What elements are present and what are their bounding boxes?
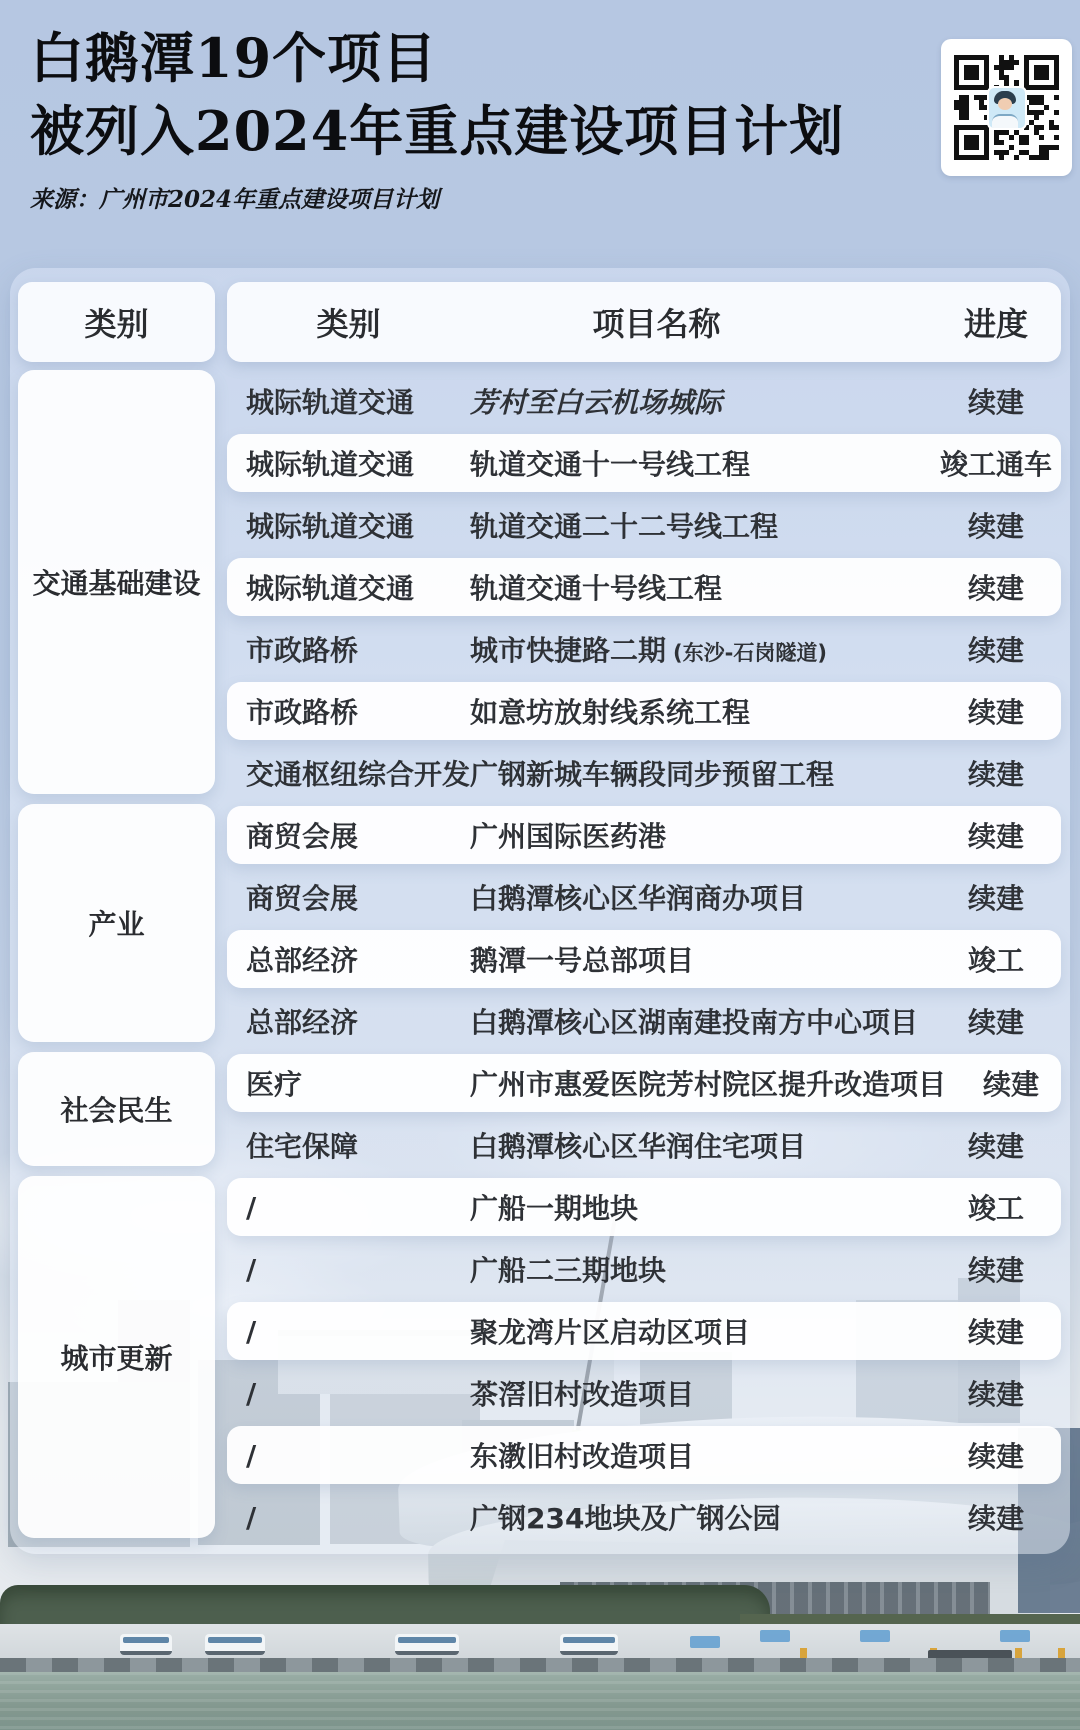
project-name: 轨道交通十号线工程 bbox=[470, 572, 722, 605]
project-name-cell: 轨道交通十一号线工程 bbox=[470, 443, 931, 483]
progress-cell: 续建 bbox=[946, 1063, 1076, 1103]
avatar-face bbox=[998, 98, 1012, 110]
project-name-cell: 白鹅潭核心区华润商办项目 bbox=[470, 877, 931, 917]
category-cell: / bbox=[227, 1315, 470, 1348]
progress-cell: 竣工 bbox=[931, 1187, 1061, 1227]
project-name-cell: 轨道交通二十二号线工程 bbox=[470, 505, 931, 545]
category-cell: 商贸会展 bbox=[227, 877, 470, 917]
progress-cell: 续建 bbox=[931, 381, 1061, 421]
project-name-cell: 城市快捷路二期(东沙-石岗隧道) bbox=[470, 629, 931, 669]
photo-river-water bbox=[0, 1672, 1080, 1730]
project-name-cell: 聚龙湾片区启动区项目 bbox=[470, 1311, 931, 1351]
table-row: /茶滘旧村改造项目续建 bbox=[227, 1362, 1061, 1424]
table-row: /广船二三期地块续建 bbox=[227, 1238, 1061, 1300]
sidebar-group-4: 城市更新 bbox=[18, 1176, 215, 1538]
poster-page: 白鹅潭19个项目 被列入2024年重点建设项目计划 来源：广州市2024年重点建… bbox=[0, 0, 1080, 1730]
sidebar-group-3: 社会民生 bbox=[18, 1052, 215, 1166]
progress-cell: 竣工 bbox=[931, 939, 1061, 979]
category-cell: 城际轨道交通 bbox=[227, 567, 470, 607]
category-cell: 总部经济 bbox=[227, 939, 470, 979]
category-cell: / bbox=[227, 1191, 470, 1224]
progress-cell: 续建 bbox=[931, 1249, 1061, 1289]
project-name: 广州国际医药港 bbox=[470, 820, 666, 853]
qr-code bbox=[941, 39, 1072, 176]
table-row: /广船一期地块竣工 bbox=[227, 1176, 1061, 1238]
progress-cell: 续建 bbox=[931, 691, 1061, 731]
project-name-cell: 芳村至白云机场城际 bbox=[470, 381, 931, 421]
project-name: 广州市惠爱医院芳村院区提升改造项目 bbox=[470, 1068, 946, 1101]
source-caption: 来源：广州市2024年重点建设项目计划 bbox=[30, 181, 439, 214]
projects-table: 类别 交通基础建设产业社会民生城市更新 类别 项目名称 进度 城际轨道交通芳村至… bbox=[10, 268, 1070, 1554]
project-name: 白鹅潭核心区湖南建投南方中心项目 bbox=[470, 1006, 918, 1039]
project-name: 广船二三期地块 bbox=[470, 1254, 666, 1287]
table-main: 类别 项目名称 进度 城际轨道交通芳村至白云机场城际续建城际轨道交通轨道交通十一… bbox=[227, 282, 1061, 1554]
project-name: 轨道交通二十二号线工程 bbox=[470, 510, 778, 543]
project-name: 东漖旧村改造项目 bbox=[470, 1440, 694, 1473]
category-cell: 医疗 bbox=[227, 1063, 470, 1103]
qr-center-avatar bbox=[987, 86, 1027, 130]
table-row: 总部经济鹅潭一号总部项目竣工 bbox=[227, 928, 1061, 990]
progress-cell: 续建 bbox=[931, 1497, 1061, 1537]
project-name-cell: 白鹅潭核心区湖南建投南方中心项目 bbox=[470, 1001, 931, 1041]
project-name-cell: 广州国际医药港 bbox=[470, 815, 931, 855]
category-cell: 城际轨道交通 bbox=[227, 381, 470, 421]
photo-banner bbox=[760, 1630, 790, 1642]
category-cell: 城际轨道交通 bbox=[227, 505, 470, 545]
progress-cell: 续建 bbox=[931, 505, 1061, 545]
category-cell: 市政路桥 bbox=[227, 629, 470, 669]
table-row: 商贸会展广州国际医药港续建 bbox=[227, 804, 1061, 866]
column-header-category: 类别 bbox=[227, 299, 470, 345]
category-cell: / bbox=[227, 1501, 470, 1534]
title-line-1: 白鹅潭19个项目 bbox=[30, 22, 844, 95]
progress-cell: 续建 bbox=[931, 877, 1061, 917]
table-row: 城际轨道交通轨道交通十号线工程续建 bbox=[227, 556, 1061, 618]
sidebar-group-1: 交通基础建设 bbox=[18, 370, 215, 794]
progress-cell: 续建 bbox=[931, 1435, 1061, 1475]
table-row: 商贸会展白鹅潭核心区华润商办项目续建 bbox=[227, 866, 1061, 928]
category-cell: 总部经济 bbox=[227, 1001, 470, 1041]
project-name-cell: 轨道交通十号线工程 bbox=[470, 567, 931, 607]
table-row: /聚龙湾片区启动区项目续建 bbox=[227, 1300, 1061, 1362]
project-name: 城市快捷路二期 bbox=[470, 634, 666, 667]
category-cell: 商贸会展 bbox=[227, 815, 470, 855]
project-name: 广钢234地块及广钢公园 bbox=[470, 1502, 780, 1535]
table-row: /东漖旧村改造项目续建 bbox=[227, 1424, 1061, 1486]
project-name: 轨道交通十一号线工程 bbox=[470, 448, 750, 481]
project-name: 广钢新城车辆段同步预留工程 bbox=[470, 758, 834, 791]
project-name-cell: 鹅潭一号总部项目 bbox=[470, 939, 931, 979]
photo-banner bbox=[1000, 1630, 1030, 1642]
table-row: 市政路桥如意坊放射线系统工程续建 bbox=[227, 680, 1061, 742]
table-row: /广钢234地块及广钢公园续建 bbox=[227, 1486, 1061, 1548]
table-header-row: 类别 项目名称 进度 bbox=[227, 282, 1061, 362]
progress-cell: 续建 bbox=[931, 753, 1061, 793]
progress-cell: 竣工通车 bbox=[931, 443, 1061, 483]
photo-bus bbox=[120, 1634, 172, 1655]
category-cell: 住宅保障 bbox=[227, 1125, 470, 1165]
category-cell: / bbox=[227, 1253, 470, 1286]
category-cell: 交通枢纽综合开发 bbox=[227, 753, 470, 793]
project-name-cell: 广钢234地块及广钢公园 bbox=[470, 1497, 931, 1537]
photo-bus bbox=[395, 1634, 459, 1655]
table-row: 交通枢纽综合开发广钢新城车辆段同步预留工程续建 bbox=[227, 742, 1061, 804]
table-row: 市政路桥城市快捷路二期(东沙-石岗隧道)续建 bbox=[227, 618, 1061, 680]
project-name: 白鹅潭核心区华润商办项目 bbox=[470, 882, 806, 915]
table-row: 医疗广州市惠爱医院芳村院区提升改造项目续建 bbox=[227, 1052, 1061, 1114]
project-name: 广船一期地块 bbox=[470, 1192, 638, 1225]
page-title: 白鹅潭19个项目 被列入2024年重点建设项目计划 bbox=[30, 22, 844, 168]
table-rows: 城际轨道交通芳村至白云机场城际续建城际轨道交通轨道交通十一号线工程竣工通车城际轨… bbox=[227, 370, 1061, 1548]
progress-cell: 续建 bbox=[931, 1125, 1061, 1165]
project-name-cell: 广州市惠爱医院芳村院区提升改造项目 bbox=[470, 1063, 946, 1103]
sidebar-group-2: 产业 bbox=[18, 804, 215, 1042]
project-name: 白鹅潭核心区华润住宅项目 bbox=[470, 1130, 806, 1163]
project-name-note: (东沙-石岗隧道) bbox=[673, 641, 827, 665]
project-name-cell: 广钢新城车辆段同步预留工程 bbox=[470, 753, 931, 793]
photo-banner bbox=[690, 1636, 720, 1648]
table-row: 城际轨道交通芳村至白云机场城际续建 bbox=[227, 370, 1061, 432]
project-name-cell: 白鹅潭核心区华润住宅项目 bbox=[470, 1125, 931, 1165]
photo-banner bbox=[860, 1630, 890, 1642]
category-sidebar: 类别 交通基础建设产业社会民生城市更新 bbox=[18, 282, 215, 1554]
progress-cell: 续建 bbox=[931, 629, 1061, 669]
category-cell: 市政路桥 bbox=[227, 691, 470, 731]
column-header-progress: 进度 bbox=[931, 299, 1061, 345]
avatar-body bbox=[992, 114, 1018, 130]
project-name: 聚龙湾片区启动区项目 bbox=[470, 1316, 750, 1349]
progress-cell: 续建 bbox=[931, 1001, 1061, 1041]
progress-cell: 续建 bbox=[931, 1373, 1061, 1413]
table-row: 城际轨道交通轨道交通二十二号线工程续建 bbox=[227, 494, 1061, 556]
progress-cell: 续建 bbox=[931, 567, 1061, 607]
table-row: 总部经济白鹅潭核心区湖南建投南方中心项目续建 bbox=[227, 990, 1061, 1052]
project-name: 鹅潭一号总部项目 bbox=[470, 944, 694, 977]
photo-bus bbox=[560, 1634, 618, 1655]
project-name-cell: 东漖旧村改造项目 bbox=[470, 1435, 931, 1475]
progress-cell: 续建 bbox=[931, 815, 1061, 855]
sidebar-header: 类别 bbox=[18, 282, 215, 362]
sidebar-groups: 交通基础建设产业社会民生城市更新 bbox=[18, 370, 215, 1548]
project-name: 如意坊放射线系统工程 bbox=[470, 696, 750, 729]
category-cell: / bbox=[227, 1439, 470, 1472]
category-cell: 城际轨道交通 bbox=[227, 443, 470, 483]
category-cell: / bbox=[227, 1377, 470, 1410]
project-name-cell: 茶滘旧村改造项目 bbox=[470, 1373, 931, 1413]
table-row: 城际轨道交通轨道交通十一号线工程竣工通车 bbox=[227, 432, 1061, 494]
table-row: 住宅保障白鹅潭核心区华润住宅项目续建 bbox=[227, 1114, 1061, 1176]
column-header-project-name: 项目名称 bbox=[470, 299, 931, 345]
project-name: 茶滘旧村改造项目 bbox=[470, 1378, 694, 1411]
progress-cell: 续建 bbox=[931, 1311, 1061, 1351]
title-line-2: 被列入2024年重点建设项目计划 bbox=[30, 95, 844, 168]
project-name-cell: 如意坊放射线系统工程 bbox=[470, 691, 931, 731]
photo-bus bbox=[205, 1634, 265, 1655]
project-name-cell: 广船二三期地块 bbox=[470, 1249, 931, 1289]
project-name: 芳村至白云机场城际 bbox=[470, 386, 722, 419]
project-name-cell: 广船一期地块 bbox=[470, 1187, 931, 1227]
